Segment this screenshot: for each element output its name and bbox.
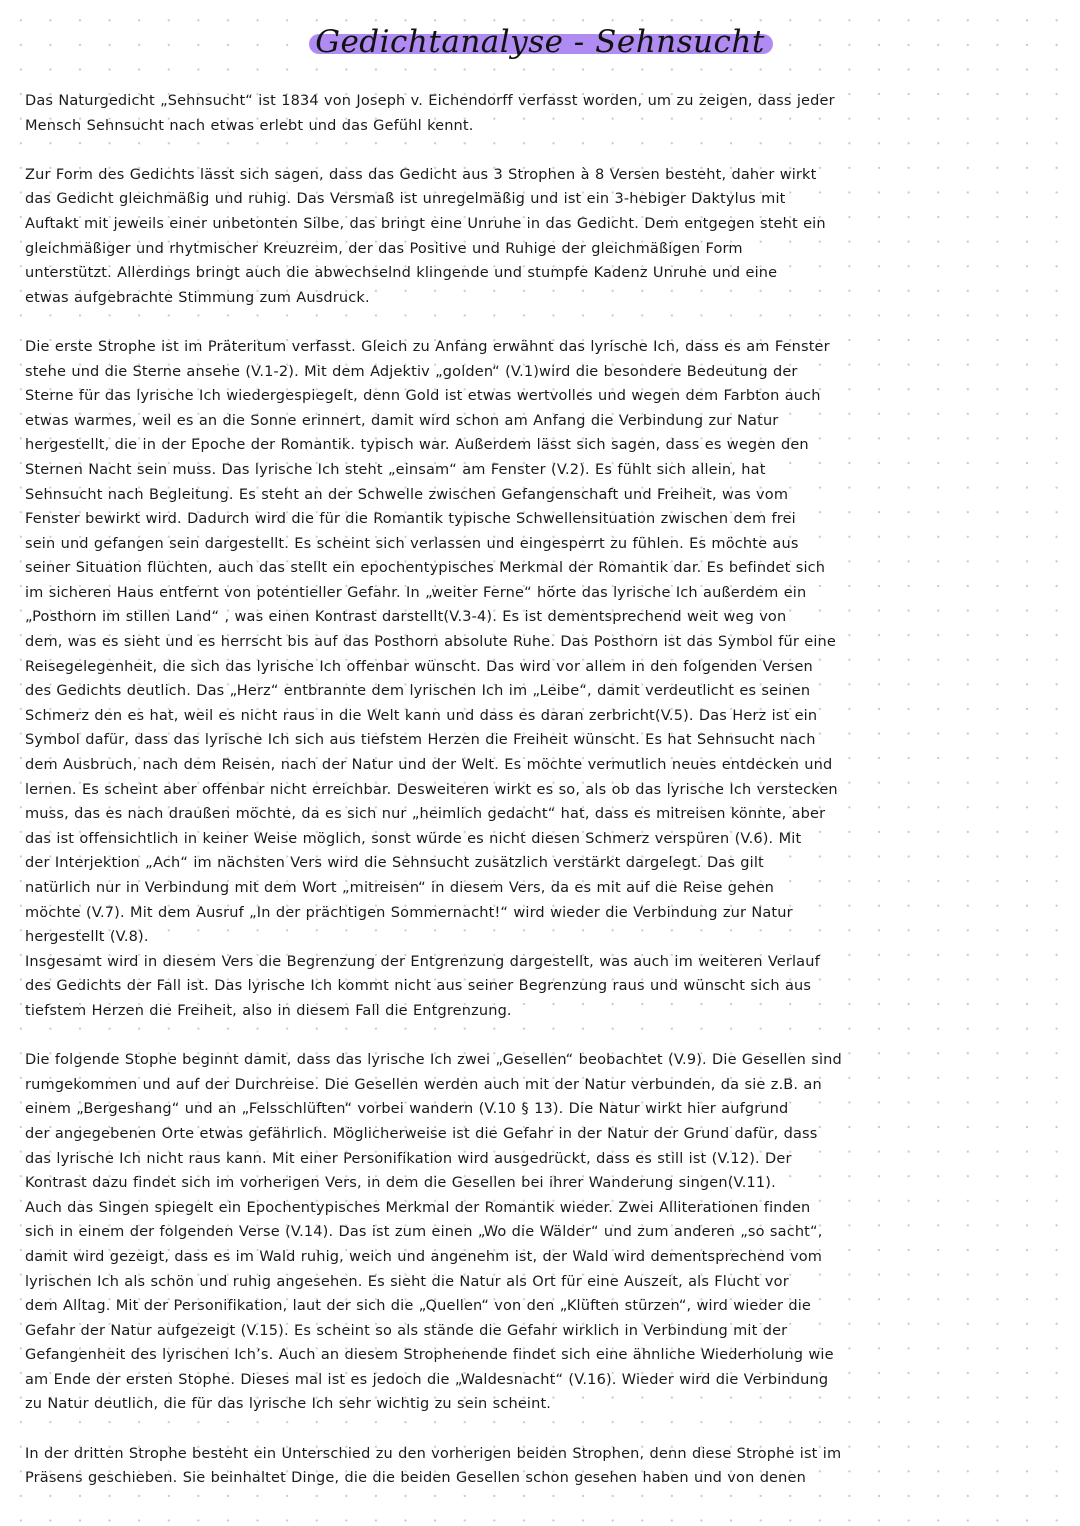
text-line: hergestellt (V.8). xyxy=(25,925,960,950)
text-line: zu Natur deutlich, die für das lyrische … xyxy=(25,1392,960,1417)
text-line: muss, das es nach draußen möchte, da es … xyxy=(25,802,960,827)
text-line: Insgesamt wird in diesem Vers die Begren… xyxy=(25,950,960,975)
text-line: sich in einem der folgenden Verse (V.14)… xyxy=(25,1220,960,1245)
text-line: Fenster bewirkt wird. Dadurch wird die f… xyxy=(25,507,960,532)
paragraph: Die erste Strophe ist im Präteritum verf… xyxy=(25,335,965,1024)
text-line: der angegebenen Orte etwas gefährlich. M… xyxy=(25,1122,960,1147)
text-line: Das Naturgedicht „Sehnsucht“ ist 1834 vo… xyxy=(25,89,960,114)
text-line: natürlich nur in Verbindung mit dem Wort… xyxy=(25,876,960,901)
text-line: Schmerz den es hat, weil es nicht raus i… xyxy=(25,704,960,729)
notebook-page: Gedichtanalyse - Sehnsucht Das Naturgedi… xyxy=(0,0,1080,1526)
text-line: dem, was es sieht und es herrscht bis au… xyxy=(25,630,960,655)
analysis-body: Das Naturgedicht „Sehnsucht“ ist 1834 vo… xyxy=(25,89,965,1491)
text-line: des Gedichts der Fall ist. Das lyrische … xyxy=(25,974,960,999)
text-line: des Gedichts deutlich. Das „Herz“ entbra… xyxy=(25,679,960,704)
text-line: dem Ausbruch, nach dem Reisen, nach der … xyxy=(25,753,960,778)
text-line: dem Alltag. Mit der Personifikation, lau… xyxy=(25,1294,960,1319)
paragraph-spacer xyxy=(25,310,965,335)
paragraph: Die folgende Stophe beginnt damit, dass … xyxy=(25,1048,965,1417)
text-line: am Ende der ersten Stophe. Dieses mal is… xyxy=(25,1368,960,1393)
paragraph-spacer xyxy=(25,1417,965,1442)
text-line: seiner Situation flüchten, auch das stel… xyxy=(25,556,960,581)
text-line: tiefstem Herzen die Freiheit, also in di… xyxy=(25,999,960,1024)
text-line: das Gedicht gleichmäßig und ruhig. Das V… xyxy=(25,187,960,212)
paragraph-spacer xyxy=(25,1024,965,1049)
text-line: lyrischen Ich als schön und ruhig angese… xyxy=(25,1270,960,1295)
text-line: Kontrast dazu findet sich im vorherigen … xyxy=(25,1171,960,1196)
paragraph: Zur Form des Gedichts lässt sich sagen, … xyxy=(25,163,965,311)
text-line: im sicheren Haus entfernt von potentiell… xyxy=(25,581,960,606)
text-line: Sternen Nacht sein muss. Das lyrische Ic… xyxy=(25,458,960,483)
text-line: das lyrische Ich nicht raus kann. Mit ei… xyxy=(25,1147,960,1172)
text-line: der Interjektion „Ach“ im nächsten Vers … xyxy=(25,851,960,876)
text-line: stehe und die Sterne ansehe (V.1-2). Mit… xyxy=(25,360,960,385)
text-line: Gefangenheit des lyrischen Ich’s. Auch a… xyxy=(25,1343,960,1368)
text-line: lernen. Es scheint aber offenbar nicht e… xyxy=(25,778,960,803)
text-line: möchte (V.7). Mit dem Ausruf „In der prä… xyxy=(25,901,960,926)
text-line: Sterne für das lyrische Ich wiedergespie… xyxy=(25,384,960,409)
text-line: sein und gefangen sein dargestellt. Es s… xyxy=(25,532,960,557)
text-line: etwas warmes, weil es an die Sonne erinn… xyxy=(25,409,960,434)
text-line: Gefahr der Natur aufgezeigt (V.15). Es s… xyxy=(25,1319,960,1344)
text-line: Präsens geschieben. Sie beinhaltet Dinge… xyxy=(25,1466,960,1491)
text-line: damit wird gezeigt, dass es im Wald ruhi… xyxy=(25,1245,960,1270)
text-line: Zur Form des Gedichts lässt sich sagen, … xyxy=(25,163,960,188)
paragraph: In der dritten Strophe besteht ein Unter… xyxy=(25,1442,965,1491)
paragraph: Das Naturgedicht „Sehnsucht“ ist 1834 vo… xyxy=(25,89,965,138)
text-line: Auch das Singen spiegelt ein Epochentypi… xyxy=(25,1196,960,1221)
text-line: hergestellt, die in der Epoche der Roman… xyxy=(25,433,960,458)
text-line: das ist offensichtlich in keiner Weise m… xyxy=(25,827,960,852)
text-line: Auftakt mit jeweils einer unbetonten Sil… xyxy=(25,212,960,237)
page-title: Gedichtanalyse - Sehnsucht xyxy=(307,22,773,62)
text-line: unterstützt. Allerdings bringt auch die … xyxy=(25,261,960,286)
title-area: Gedichtanalyse - Sehnsucht xyxy=(0,22,1080,62)
text-line: gleichmäßiger und rhytmischer Kreuzreim,… xyxy=(25,237,960,262)
text-line: Die folgende Stophe beginnt damit, dass … xyxy=(25,1048,960,1073)
text-line: Symbol dafür, dass das lyrische Ich sich… xyxy=(25,728,960,753)
text-line: einem „Bergeshang“ und an „Felsschlüften… xyxy=(25,1097,960,1122)
text-line: Sehnsucht nach Begleitung. Es steht an d… xyxy=(25,483,960,508)
text-line: Reisegelegenheit, die sich das lyrische … xyxy=(25,655,960,680)
text-line: „Posthorn im stillen Land“ , was einen K… xyxy=(25,605,960,630)
text-line: Mensch Sehnsucht nach etwas erlebt und d… xyxy=(25,114,960,139)
text-line: rumgekommen und auf der Durchreise. Die … xyxy=(25,1073,960,1098)
paragraph-spacer xyxy=(25,138,965,163)
page-title-text: Gedichtanalyse - Sehnsucht xyxy=(315,24,765,60)
text-line: Die erste Strophe ist im Präteritum verf… xyxy=(25,335,960,360)
text-line: etwas aufgebrachte Stimmung zum Ausdruck… xyxy=(25,286,960,311)
text-line: In der dritten Strophe besteht ein Unter… xyxy=(25,1442,960,1467)
